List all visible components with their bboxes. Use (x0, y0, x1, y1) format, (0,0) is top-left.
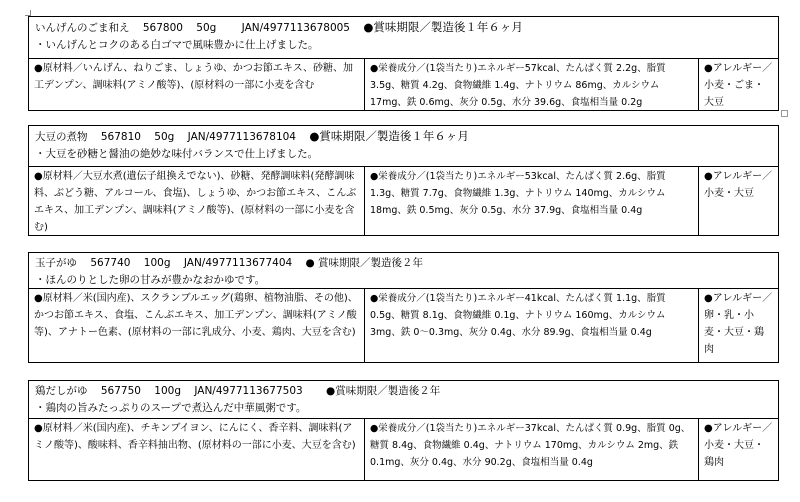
product-header: いんげんのごま和え 567800 50g JAN/4977113678005 ●… (28, 16, 779, 59)
ingredients-cell: ●原材料／いんげん、ねりごま、しょうゆ、かつお節エキス、砂糖、加工デンプン、調味… (29, 59, 365, 110)
product-code: 567750 (101, 385, 141, 397)
product-name: 玉子がゆ (35, 257, 77, 269)
product-details-row: ●原材料／米(国内産)、チキンブイヨン、にんにく、香辛料、調味料(アミノ酸等)、… (28, 419, 779, 481)
ingredients-cell: ●原材料／米(国内産)、チキンブイヨン、にんにく、香辛料、調味料(アミノ酸等)、… (29, 419, 365, 480)
product-details-row: ●原材料／大豆水煮(遺伝子組換えでない)、砂糖、発酵調味料(発酵調味料、ぶどう糖… (28, 167, 779, 236)
shelf-life: ●賞味期限／製造後１年６ヶ月 (363, 20, 523, 34)
allergy-cell: ●アレルギー／小麦・ごま・大豆 (699, 59, 778, 110)
product-code: 567800 (143, 22, 183, 34)
product-jan: JAN/4977113678104 (188, 131, 296, 143)
product-block-4: 鶏だしがゆ 567750 100g JAN/4977113677503 ●賞味期… (28, 380, 779, 481)
product-weight: 50g (154, 131, 174, 143)
shelf-life: ●賞味期限／製造後２年 (326, 385, 440, 397)
product-jan: JAN/4977113677503 (194, 385, 302, 397)
product-name: いんげんのごま和え (35, 22, 130, 34)
product-weight: 100g (144, 257, 171, 269)
product-description: ・鶏肉の旨みたっぷりのスープで煮込んだ中華風粥です。 (35, 400, 772, 417)
allergy-cell: ●アレルギー／小麦・大豆・鶏肉 (699, 419, 778, 480)
product-header: 大豆の煮物 567810 50g JAN/4977113678104 ●賞味期限… (28, 125, 779, 167)
shelf-life: ●賞味期限／製造後１年６ヶ月 (309, 129, 469, 143)
nutrition-cell: ●栄養成分／(1袋当たり)エネルギー37kcal、たんぱく質 0.9g、脂質 0… (365, 419, 699, 480)
product-block-1: いんげんのごま和え 567800 50g JAN/4977113678005 ●… (28, 16, 779, 111)
shelf-life: ● 賞味期限／製造後２年 (306, 257, 424, 269)
product-name: 大豆の煮物 (35, 131, 88, 143)
product-description: ・大豆を砂糖と醤油の絶妙な味付バランスで仕上げました。 (35, 146, 772, 163)
product-code: 567740 (90, 257, 130, 269)
product-header: 玉子がゆ 567740 100g JAN/4977113677404 ● 賞味期… (28, 252, 779, 289)
ingredients-cell: ●原材料／大豆水煮(遺伝子組換えでない)、砂糖、発酵調味料(発酵調味料、ぶどう糖… (29, 167, 365, 235)
product-jan: JAN/4977113678005 (242, 22, 350, 34)
product-details-row: ●原材料／米(国内産)、スクランブルエッグ(鶏卵、植物油脂、その他)、かつお節エ… (28, 289, 779, 363)
product-weight: 50g (196, 22, 216, 34)
product-description: ・いんげんとコクのある白ゴマで風味豊かに仕上げました。 (35, 37, 772, 54)
product-block-3: 玉子がゆ 567740 100g JAN/4977113677404 ● 賞味期… (28, 252, 779, 363)
nutrition-cell: ●栄養成分／(1袋当たり)エネルギー57kcal、たんぱく質 2.2g、脂質 3… (365, 59, 699, 110)
product-name: 鶏だしがゆ (35, 385, 88, 397)
table-resize-handle[interactable] (781, 110, 788, 117)
allergy-cell: ●アレルギー／小麦・大豆 (699, 167, 778, 235)
allergy-cell: ●アレルギー／卵・乳・小麦・大豆・鶏肉 (699, 289, 778, 362)
nutrition-cell: ●栄養成分／(1袋当たり)エネルギー53kcal、たんぱく質 2.6g、脂質 1… (365, 167, 699, 235)
product-code: 567810 (101, 131, 141, 143)
ingredients-cell: ●原材料／米(国内産)、スクランブルエッグ(鶏卵、植物油脂、その他)、かつお節エ… (29, 289, 365, 362)
product-block-2: 大豆の煮物 567810 50g JAN/4977113678104 ●賞味期限… (28, 125, 779, 236)
product-details-row: ●原材料／いんげん、ねりごま、しょうゆ、かつお節エキス、砂糖、加工デンプン、調味… (28, 59, 779, 111)
nutrition-cell: ●栄養成分／(1袋当たり)エネルギー41kcal、たんぱく質 1.1g、脂質 0… (365, 289, 699, 362)
product-jan: JAN/4977113677404 (184, 257, 292, 269)
product-description: ・ほんのりとした卵の甘みが豊かなおかゆです。 (35, 272, 772, 289)
product-weight: 100g (154, 385, 181, 397)
product-header: 鶏だしがゆ 567750 100g JAN/4977113677503 ●賞味期… (28, 380, 779, 419)
